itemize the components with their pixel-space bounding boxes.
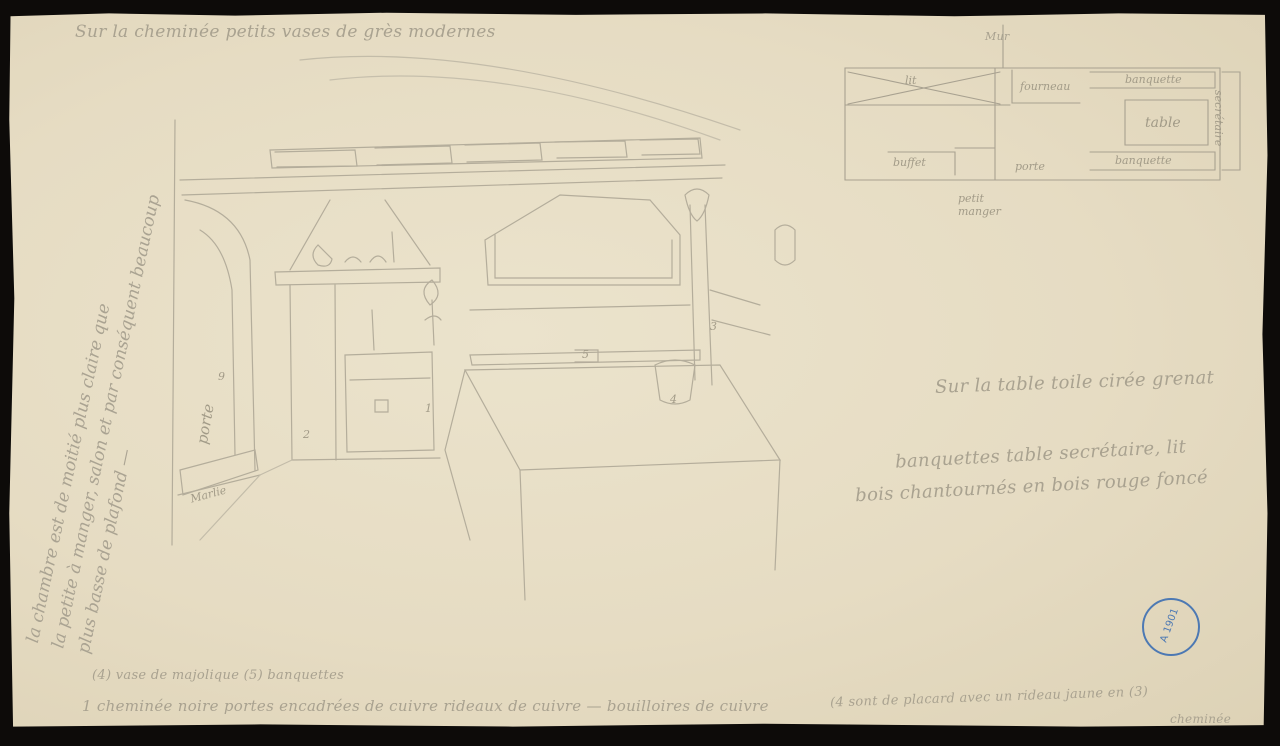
floor-plan-room-banquette-top: banquette (1125, 73, 1182, 86)
floor-plan-room-secretaire: secrétaire (1212, 90, 1225, 146)
collection-stamp: A 1901 (1142, 598, 1200, 656)
floor-plan-room-lit: lit (905, 74, 916, 87)
drawing-label-3: 3 (710, 320, 717, 333)
drawing-label-2: 2 (303, 428, 310, 441)
floor-plan-room-table: table (1145, 115, 1181, 131)
drawing-label-alcove-marker: 9 (218, 370, 225, 383)
floor-plan-room-banquette-bottom: banquette (1115, 154, 1172, 167)
drawing-label-4: 4 (670, 393, 677, 406)
floor-plan-door: porte (1015, 160, 1045, 173)
annotation-legend-1: (4) vase de majolique (5) banquettes (92, 668, 344, 683)
floor-plan-room-buffet: buffet (893, 156, 926, 169)
floor-plan-top-label: Mur (985, 30, 1010, 43)
drawing-label-1: 1 (425, 402, 432, 415)
floor-plan-below-label: petit manger (958, 192, 1018, 218)
floor-plan-room-fourneau: fourneau (1020, 80, 1070, 93)
annotation-legend-2: 1 cheminée noire portes encadrées de cui… (82, 697, 769, 715)
annotation-bottom-right-2: cheminée (1170, 712, 1231, 726)
annotation-top: Sur la cheminée petits vases de grès mod… (75, 22, 496, 42)
drawing-label-5: 5 (582, 348, 589, 361)
stamp-text: A 1901 (1159, 607, 1181, 644)
